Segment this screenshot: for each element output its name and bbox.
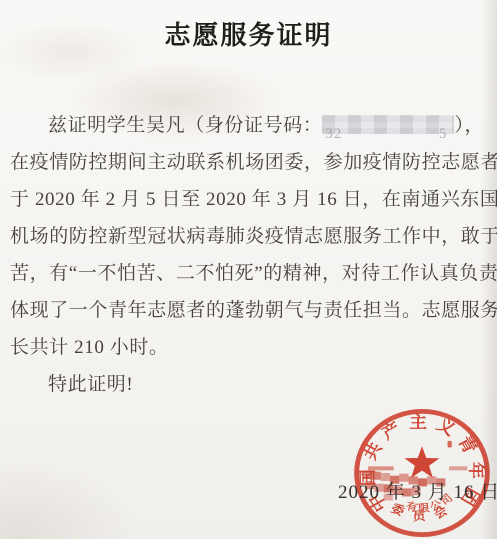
body-line: 体现了一个青年志愿者的蓬勃朝气与责任担当。志愿服务时 <box>10 292 492 329</box>
issue-date: 2020 年 3 月 16 日 <box>338 477 497 504</box>
body-line: 于 2020 年 2 月 5 日至 2020 年 3 月 16 日，在南通兴东国… <box>10 181 492 218</box>
id-faint-start: 32 <box>325 116 342 153</box>
id-number-redacted: 325 <box>322 115 454 134</box>
body-line: 在疫情防控期间主动联系机场团委，参加疫情防控志愿者， <box>10 144 492 181</box>
certificate-page: 志愿服务证明 兹证明学生吴凡（身份证号码：325）， 在疫情防控期间主动联系机场… <box>0 0 497 539</box>
body-line: 苦，有“一不怕苦、二不怕死”的精神，对待工作认真负责， <box>10 255 492 292</box>
closing-statement: 特此证明! <box>10 366 492 403</box>
official-seal-stamp: 中国共产主义青年团 有限公司 委员会 <box>351 406 493 539</box>
star-icon <box>404 446 439 477</box>
line1-prefix: 兹证明学生吴凡（身份证号码： <box>48 115 322 136</box>
id-faint-end: 5 <box>439 116 448 153</box>
body-line: 长共计 210 小时。 <box>10 329 492 366</box>
body-line: 机场的防控新型冠状病毒肺炎疫情志愿服务工作中，敢于吃 <box>10 218 492 255</box>
seal-inner-mark <box>448 441 452 448</box>
document-title: 志愿服务证明 <box>0 0 497 52</box>
body-line-1: 兹证明学生吴凡（身份证号码：325）， <box>10 107 492 144</box>
line1-suffix: ）， <box>454 115 484 136</box>
document-body: 兹证明学生吴凡（身份证号码：325）， 在疫情防控期间主动联系机场团委，参加疫情… <box>10 107 492 403</box>
body-lines: 在疫情防控期间主动联系机场团委，参加疫情防控志愿者， 于 2020 年 2 月 … <box>10 144 492 366</box>
